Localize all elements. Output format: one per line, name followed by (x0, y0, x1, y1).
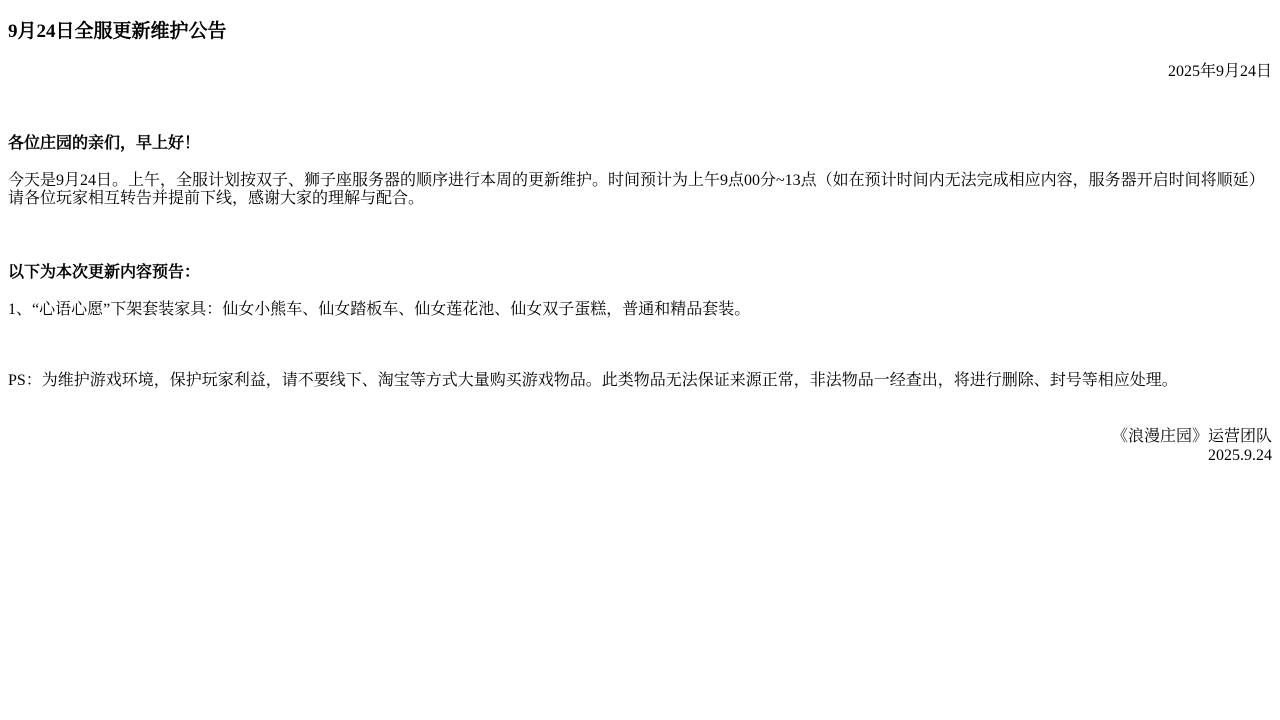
intro-line-2: 请各位玩家相互转告并提前下线，感谢大家的理解与配合。 (8, 190, 1272, 208)
publish-date: 2025年9月24日 (1168, 63, 1272, 81)
ps-note: PS：为维护游戏环境，保护玩家利益，请不要线下、淘宝等方式大量购买游戏物品。此类… (8, 372, 1178, 390)
signature-team: 《浪漫庄园》运营团队 (1112, 427, 1272, 446)
signature-date: 2025.9.24 (1112, 446, 1272, 465)
update-item: 1、“心语心愿”下架套装家具：仙女小熊车、仙女踏板车、仙女莲花池、仙女双子蛋糕，… (8, 301, 750, 319)
intro-line-1: 今天是9月24日。上午，全服计划按双子、狮子座服务器的顺序进行本周的更新维护。时… (8, 172, 1272, 190)
intro-paragraph: 今天是9月24日。上午，全服计划按双子、狮子座服务器的顺序进行本周的更新维护。时… (8, 172, 1272, 208)
page-title: 9月24日全服更新维护公告 (8, 21, 227, 43)
update-preview-heading: 以下为本次更新内容预告： (8, 264, 200, 282)
greeting: 各位庄园的亲们，早上好！ (8, 135, 200, 153)
signature: 《浪漫庄园》运营团队 2025.9.24 (1112, 427, 1272, 465)
